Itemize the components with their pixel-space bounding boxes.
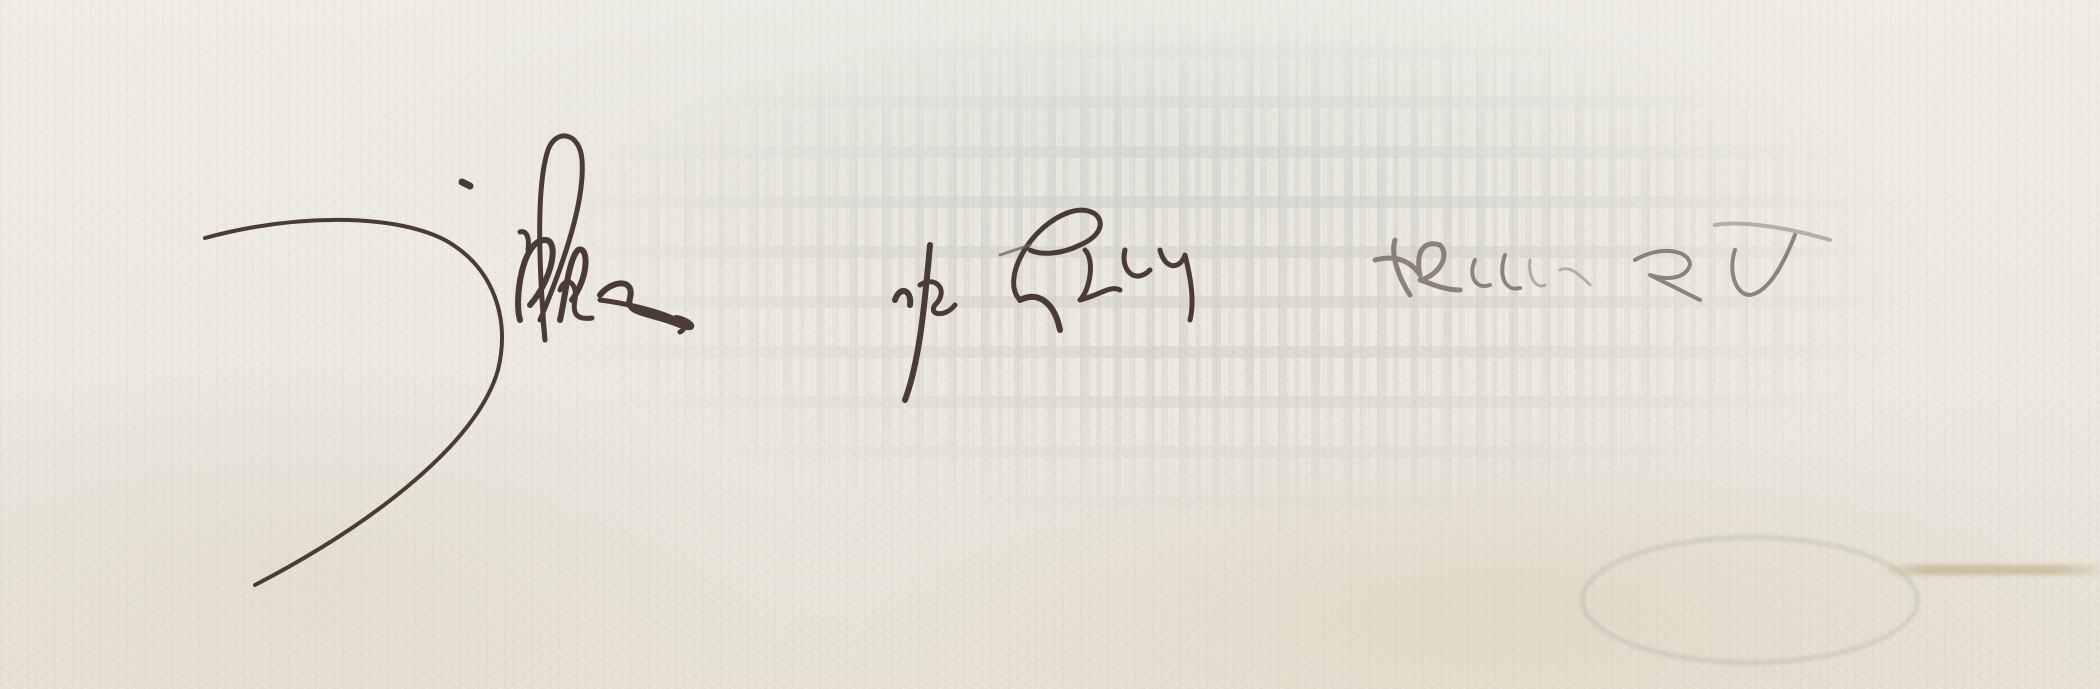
inscription-word-5: [1000, 210, 1192, 330]
paper-background: Ihc liber est [name] Ra… [faded] uncerta…: [0, 0, 2100, 689]
handwritten-inscription: [0, 0, 2100, 689]
inscription-initial: [205, 136, 582, 585]
inscription-word-7: [1560, 223, 1830, 300]
inscription-word-4: [895, 245, 955, 400]
inscription-word-6: [1375, 240, 1545, 295]
